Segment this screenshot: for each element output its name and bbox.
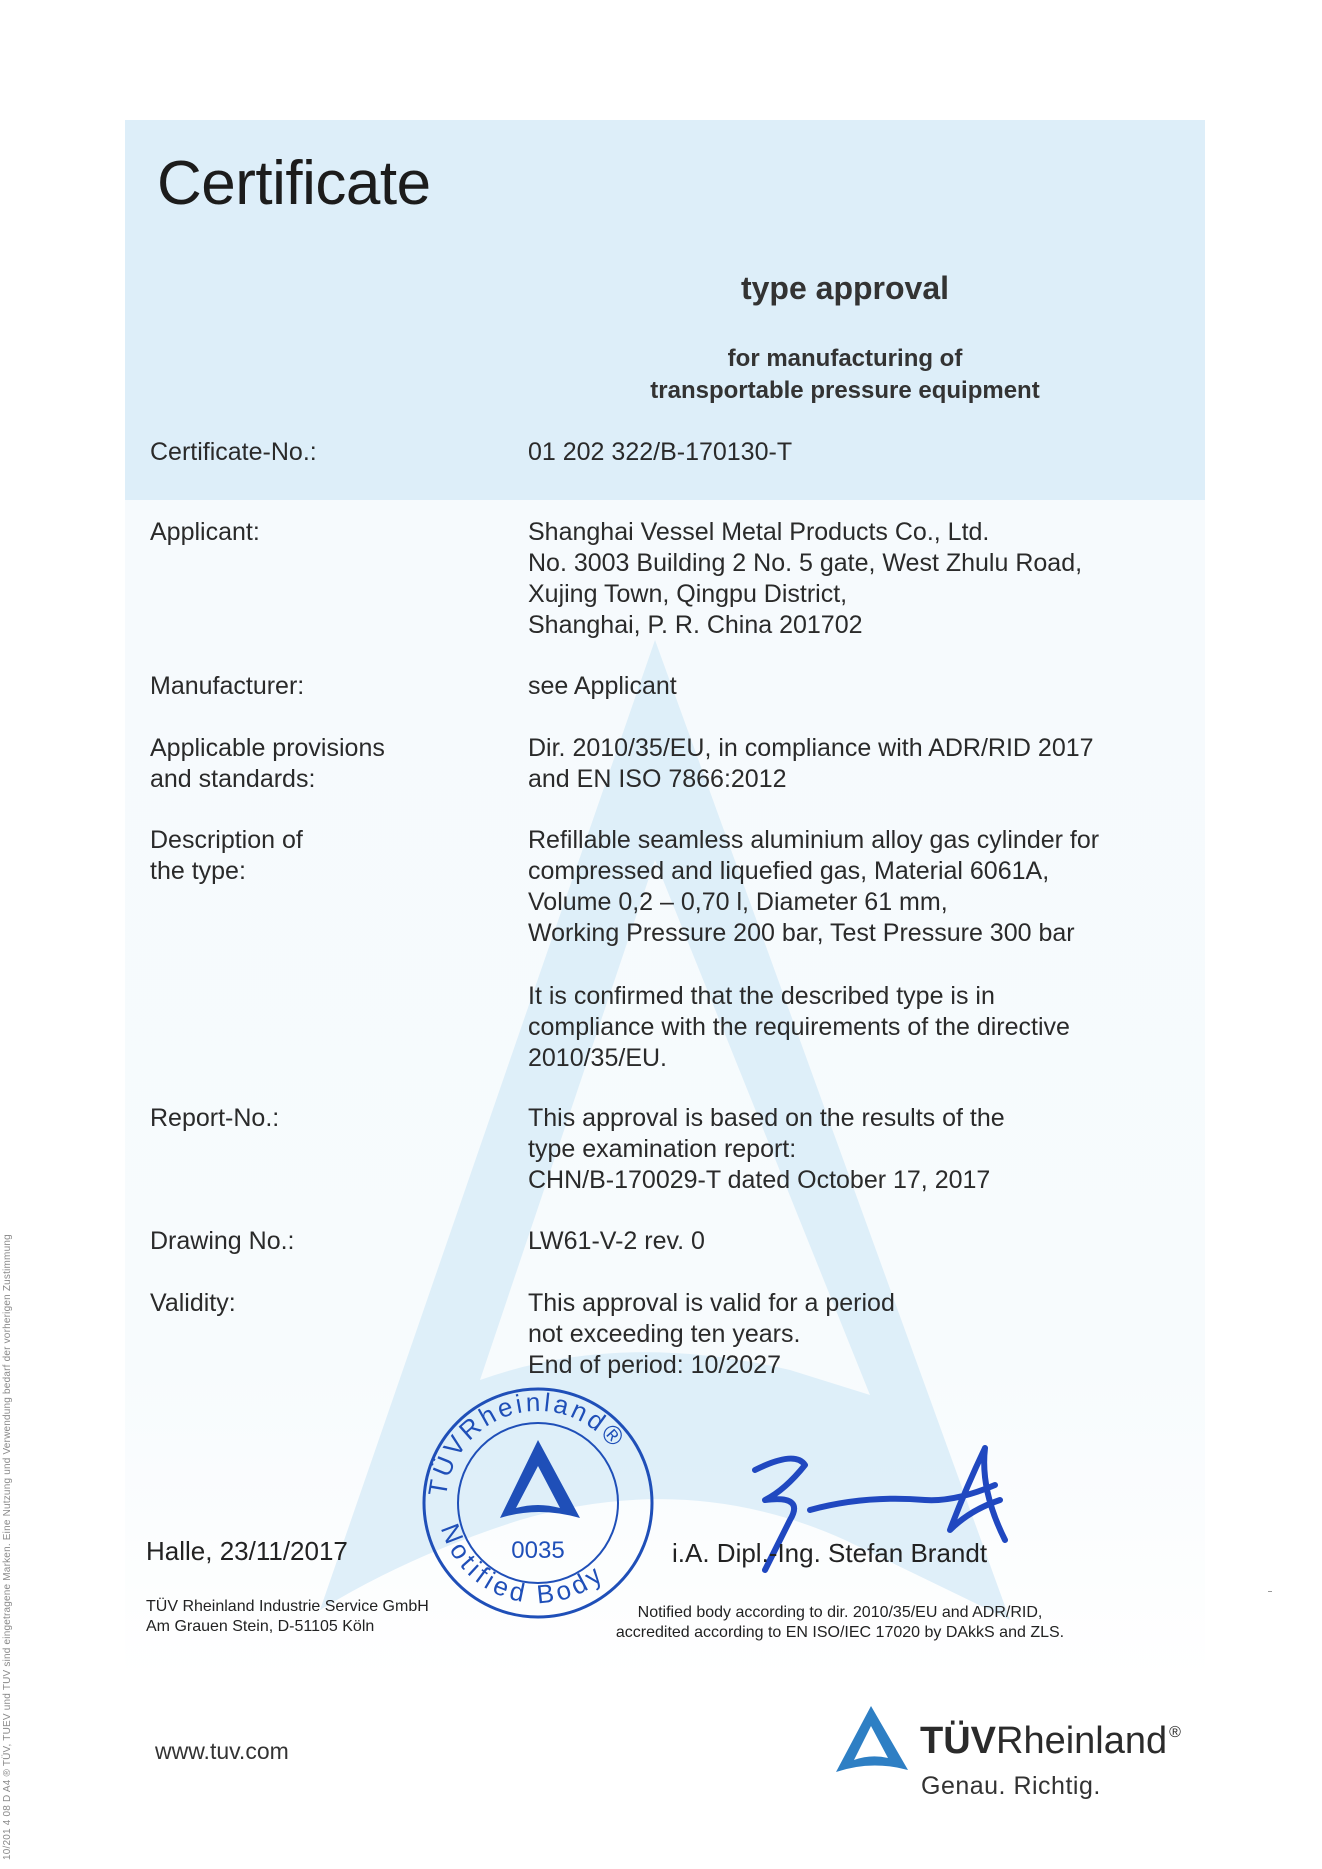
stamp-bottom-text: Notified Body [435, 1519, 610, 1609]
place-date: Halle, 23/11/2017 [146, 1536, 348, 1567]
certificate-scope: for manufacturing of transportable press… [610, 343, 1080, 407]
value-certificate-no: 01 202 322/B-170130-T [528, 437, 792, 468]
issuer-address: TÜV Rheinland Industrie Service GmbH Am … [146, 1597, 429, 1637]
margin-tick [1268, 1591, 1272, 1592]
value-drawing-no: LW61-V-2 rev. 0 [528, 1226, 705, 1257]
tuv-logo-icon [826, 1700, 916, 1780]
label-drawing-no: Drawing No.: [150, 1226, 295, 1257]
issuer-name: TÜV Rheinland Industrie Service GmbH [146, 1597, 429, 1617]
label-report-no: Report-No.: [150, 1103, 279, 1134]
brand-regular: Rheinland [996, 1720, 1167, 1762]
notified-body-note: Notified body according to dir. 2010/35/… [580, 1603, 1100, 1643]
scope-line-2: transportable pressure equipment [610, 375, 1080, 407]
stamp-number: 0035 [511, 1537, 564, 1564]
website-link[interactable]: www.tuv.com [155, 1738, 289, 1765]
tuv-triangle-icon [500, 1440, 580, 1518]
brand-bold: TÜV [920, 1720, 996, 1762]
value-provisions: Dir. 2010/35/EU, in compliance with ADR/… [528, 733, 1094, 795]
notified-body-stamp: TÜVRheinland® Notified Body 0035 [408, 1378, 668, 1628]
value-applicant: Shanghai Vessel Metal Products Co., Ltd.… [528, 517, 1082, 641]
value-confirmation: It is confirmed that the described type … [528, 981, 1070, 1074]
label-manufacturer: Manufacturer: [150, 671, 304, 702]
brand-tagline: Genau. Richtig. [921, 1772, 1101, 1801]
side-legal-note: 10/201 4 08 D A4 ® TÜV, TUEV und TUV sin… [2, 1234, 13, 1860]
label-applicant: Applicant: [150, 517, 260, 548]
notified-line-2: accredited according to EN ISO/IEC 17020… [580, 1623, 1100, 1643]
certificate-type: type approval [610, 270, 1080, 307]
registered-mark: ® [1169, 1724, 1181, 1741]
brand-name: TÜVRheinland® [920, 1720, 1181, 1763]
value-manufacturer: see Applicant [528, 671, 677, 702]
label-provisions: Applicable provisions and standards: [150, 733, 385, 795]
signer-name: i.A. Dipl.-Ing. Stefan Brandt [672, 1538, 987, 1569]
label-validity: Validity: [150, 1288, 236, 1319]
page-title: Certificate [157, 148, 431, 219]
label-description: Description of the type: [150, 825, 303, 887]
value-validity: This approval is valid for a period not … [528, 1288, 895, 1381]
notified-line-1: Notified body according to dir. 2010/35/… [580, 1603, 1100, 1623]
label-certificate-no: Certificate-No.: [150, 437, 317, 468]
value-description: Refillable seamless aluminium alloy gas … [528, 825, 1099, 949]
value-report-no: This approval is based on the results of… [528, 1103, 1005, 1196]
issuer-street: Am Grauen Stein, D-51105 Köln [146, 1617, 429, 1637]
scope-line-1: for manufacturing of [610, 343, 1080, 375]
